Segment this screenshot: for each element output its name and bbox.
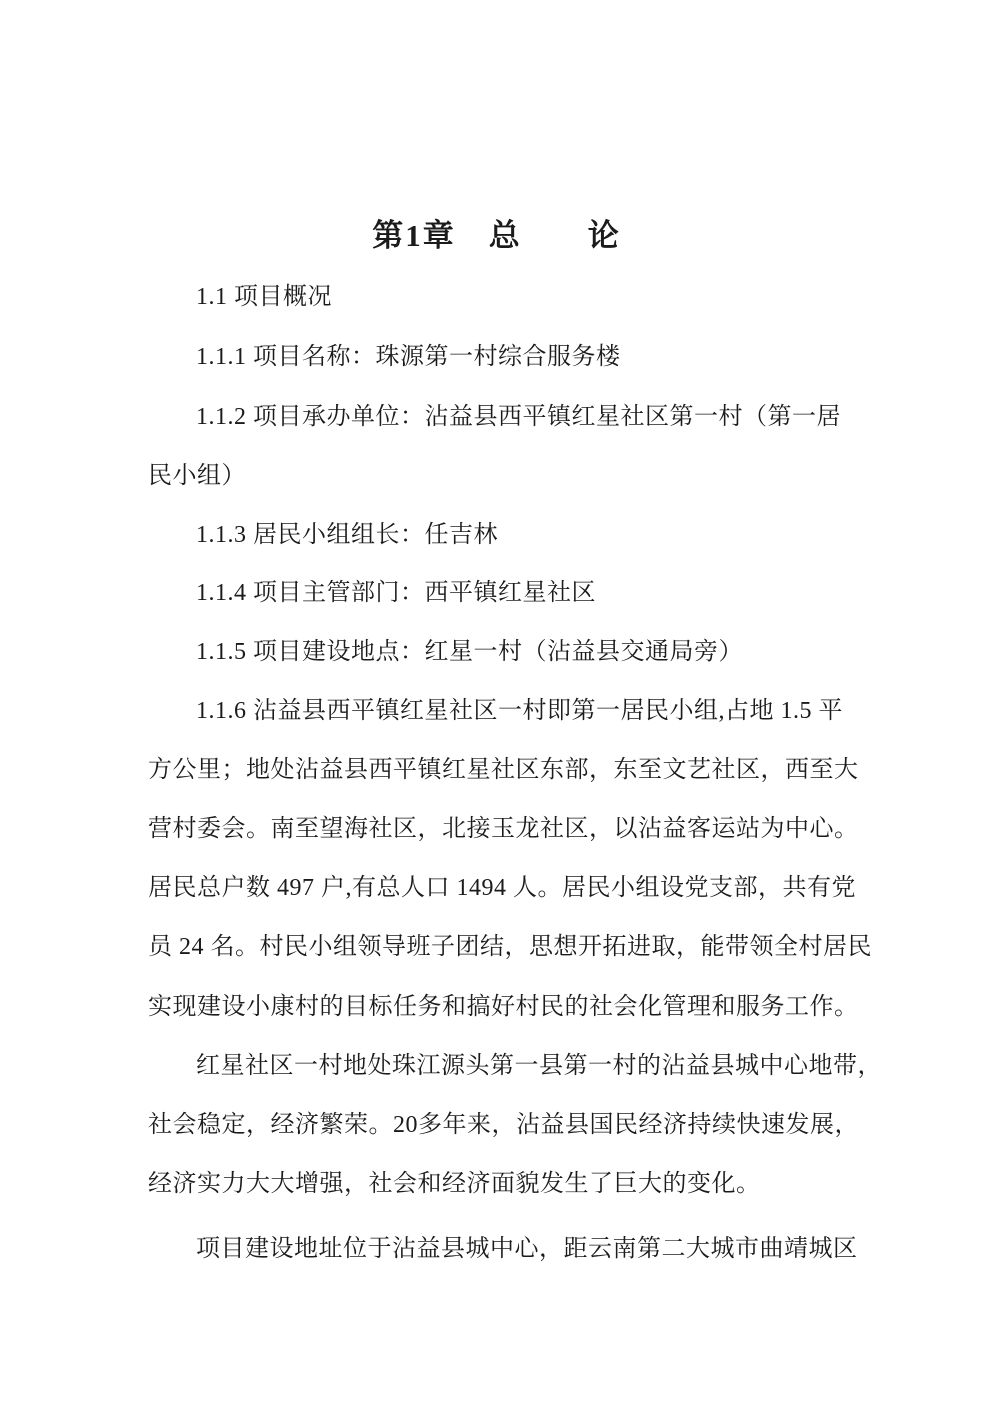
section-line-1-1-5: 1.1.5 项目建设地点：红星一村（沾益县交通局旁） — [148, 635, 896, 669]
section-line-1-1-6: 1.1.6 沾益县西平镇红星社区一村即第一居民小组,占地 1.5 平 — [148, 694, 896, 728]
paragraph-line: 居民总户数 497 户,有总人口 1494 人。居民小组设党支部，共有党 — [148, 871, 848, 905]
section-line-1-1-2: 1.1.2 项目承办单位：沾益县西平镇红星社区第一村（第一居 — [148, 400, 896, 434]
paragraph-line: 方公里；地处沾益县西平镇红星社区东部，东至文艺社区，西至大 — [148, 753, 848, 787]
section-line-1-1-3: 1.1.3 居民小组组长：任吉林 — [148, 518, 896, 552]
chapter-title: 第1章 总 论 — [0, 210, 993, 255]
section-line-1-1-1: 1.1.1 项目名称：珠源第一村综合服务楼 — [148, 340, 896, 374]
document-page: 第1章 总 论 1.1 项目概况 1.1.1 项目名称：珠源第一村综合服务楼 1… — [0, 0, 993, 1404]
paragraph-line: 实现建设小康村的目标任务和搞好村民的社会化管理和服务工作。 — [148, 990, 848, 1024]
paragraph-line: 民小组） — [148, 459, 848, 493]
paragraph-line: 社会稳定，经济繁荣。20多年来，沾益县国民经济持续快速发展， — [148, 1108, 848, 1142]
paragraph-line: 项目建设地址位于沾益县城中心，距云南第二大城市曲靖城区 — [148, 1232, 896, 1266]
section-line-1-1-4: 1.1.4 项目主管部门：西平镇红星社区 — [148, 576, 896, 610]
paragraph-line: 营村委会。南至望海社区，北接玉龙社区，以沾益客运站为中心。 — [148, 812, 848, 846]
paragraph-line: 红星社区一村地处珠江源头第一县第一村的沾益县城中心地带， — [148, 1049, 896, 1083]
paragraph-line: 经济实力大大增强，社会和经济面貌发生了巨大的变化。 — [148, 1167, 848, 1201]
section-heading-1-1: 1.1 项目概况 — [148, 280, 896, 314]
paragraph-line: 员 24 名。村民小组领导班子团结，思想开拓进取，能带领全村居民 — [148, 930, 848, 964]
